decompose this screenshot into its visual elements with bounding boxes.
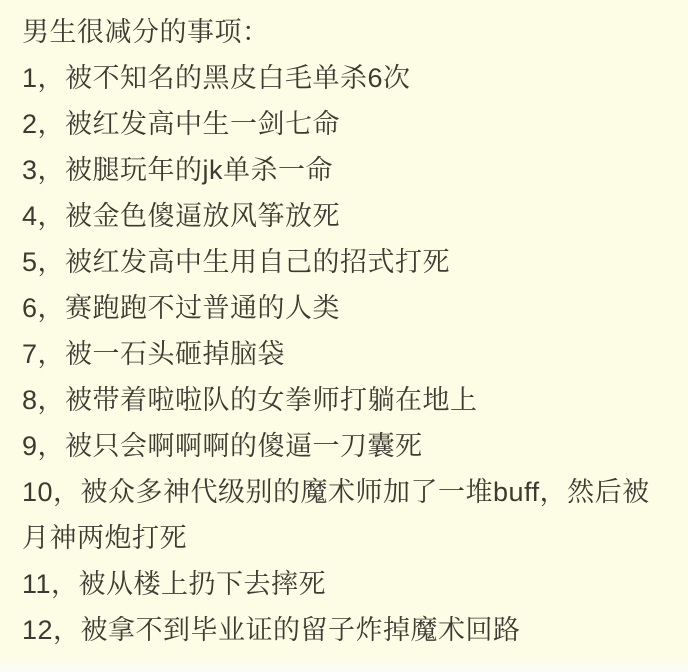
list-item: 9，被只会啊啊啊的傻逼一刀囊死 [22,423,666,469]
list-item: 4，被金色傻逼放风筝放死 [22,193,666,239]
list-item: 2，被红发高中生一剑七命 [22,101,666,147]
list-item: 11，被从楼上扔下去摔死 [22,561,666,607]
list-item: 1，被不知名的黑皮白毛单杀6次 [22,55,666,101]
text-list-page: 男生很减分的事项： 1，被不知名的黑皮白毛单杀6次 2，被红发高中生一剑七命 3… [0,0,688,672]
list-item: 8，被带着啦啦队的女拳师打躺在地上 [22,377,666,423]
list-item: 10，被众多神代级别的魔术师加了一堆buff，然后被月神两炮打死 [22,469,666,561]
list-title: 男生很减分的事项： [22,9,666,55]
list-item: 6，赛跑跑不过普通的人类 [22,285,666,331]
list-content: 男生很减分的事项： 1，被不知名的黑皮白毛单杀6次 2，被红发高中生一剑七命 3… [0,0,688,653]
list-item: 12，被拿不到毕业证的留子炸掉魔术回路 [22,607,666,653]
list-item: 3，被腿玩年的jk单杀一命 [22,147,666,193]
bottom-fade-band [0,656,688,672]
list-item: 5，被红发高中生用自己的招式打死 [22,239,666,285]
list-item: 7，被一石头砸掉脑袋 [22,331,666,377]
